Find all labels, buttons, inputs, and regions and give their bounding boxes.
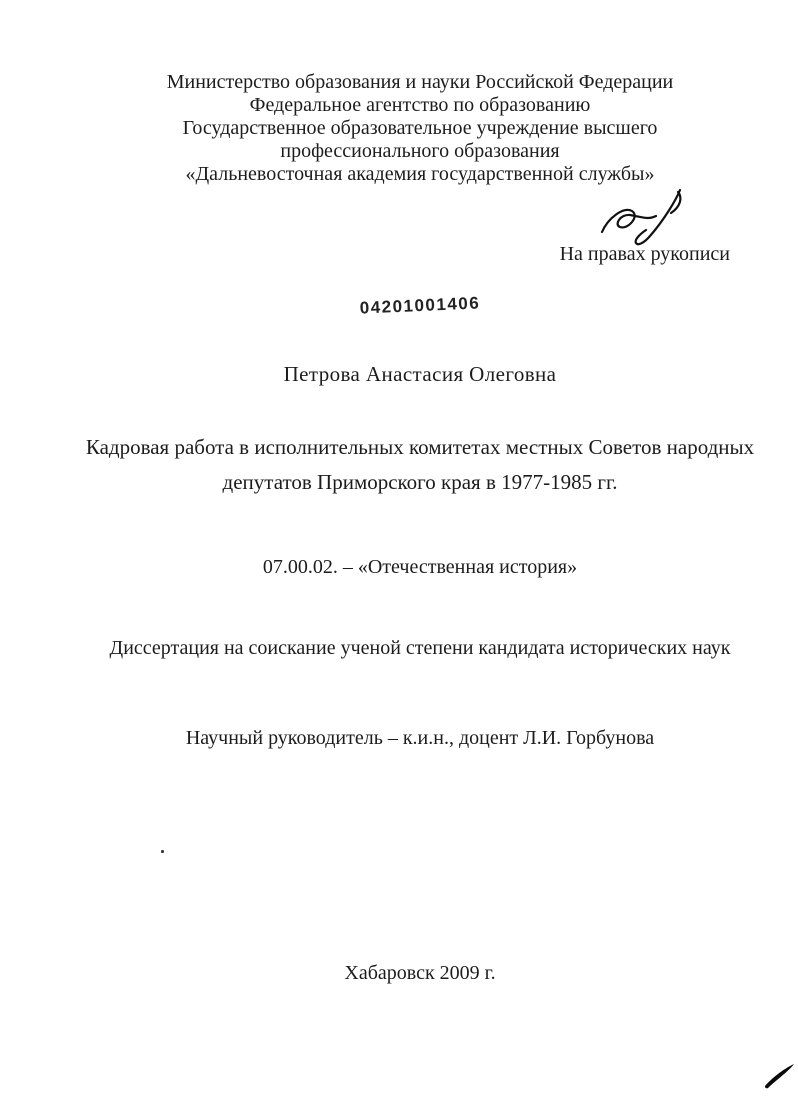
header-line-academy: «Дальневосточная академия государственно… bbox=[42, 163, 798, 186]
title-line-2: депутатов Приморского края в 1977-1985 г… bbox=[42, 465, 798, 500]
header-line-institution-1: Государственное образовательное учрежден… bbox=[42, 117, 798, 140]
header-line-ministry: Министерство образования и науки Российс… bbox=[42, 71, 798, 94]
signature-image bbox=[594, 186, 694, 246]
ink-mark-artifact bbox=[763, 1062, 797, 1092]
manuscript-rights-note: На правах рукописи bbox=[560, 243, 730, 266]
city-year-line: Хабаровск 2009 г. bbox=[42, 962, 798, 985]
title-line-1: Кадровая работа в исполнительных комитет… bbox=[42, 430, 798, 465]
institution-header: Министерство образования и науки Российс… bbox=[42, 71, 798, 186]
specialty-code: 07.00.02. – «Отечественная история» bbox=[42, 556, 798, 579]
signature-flourish-icon bbox=[594, 186, 694, 246]
dissertation-title: Кадровая работа в исполнительных комитет… bbox=[42, 430, 798, 500]
supervisor-line: Научный руководитель – к.и.н., доцент Л.… bbox=[42, 727, 798, 750]
author-name: Петрова Анастасия Олеговна bbox=[42, 362, 798, 387]
header-line-institution-2: профессионального образования bbox=[42, 140, 798, 163]
header-line-agency: Федеральное агентство по образованию bbox=[42, 94, 798, 117]
scan-speck-artifact bbox=[161, 850, 164, 853]
registration-number-stamp: 04201001406 bbox=[42, 280, 798, 333]
pen-stroke-icon bbox=[763, 1062, 797, 1092]
document-page: Министерство образования и науки Российс… bbox=[0, 0, 798, 1096]
dissertation-statement: Диссертация на соискание ученой степени … bbox=[42, 637, 798, 660]
